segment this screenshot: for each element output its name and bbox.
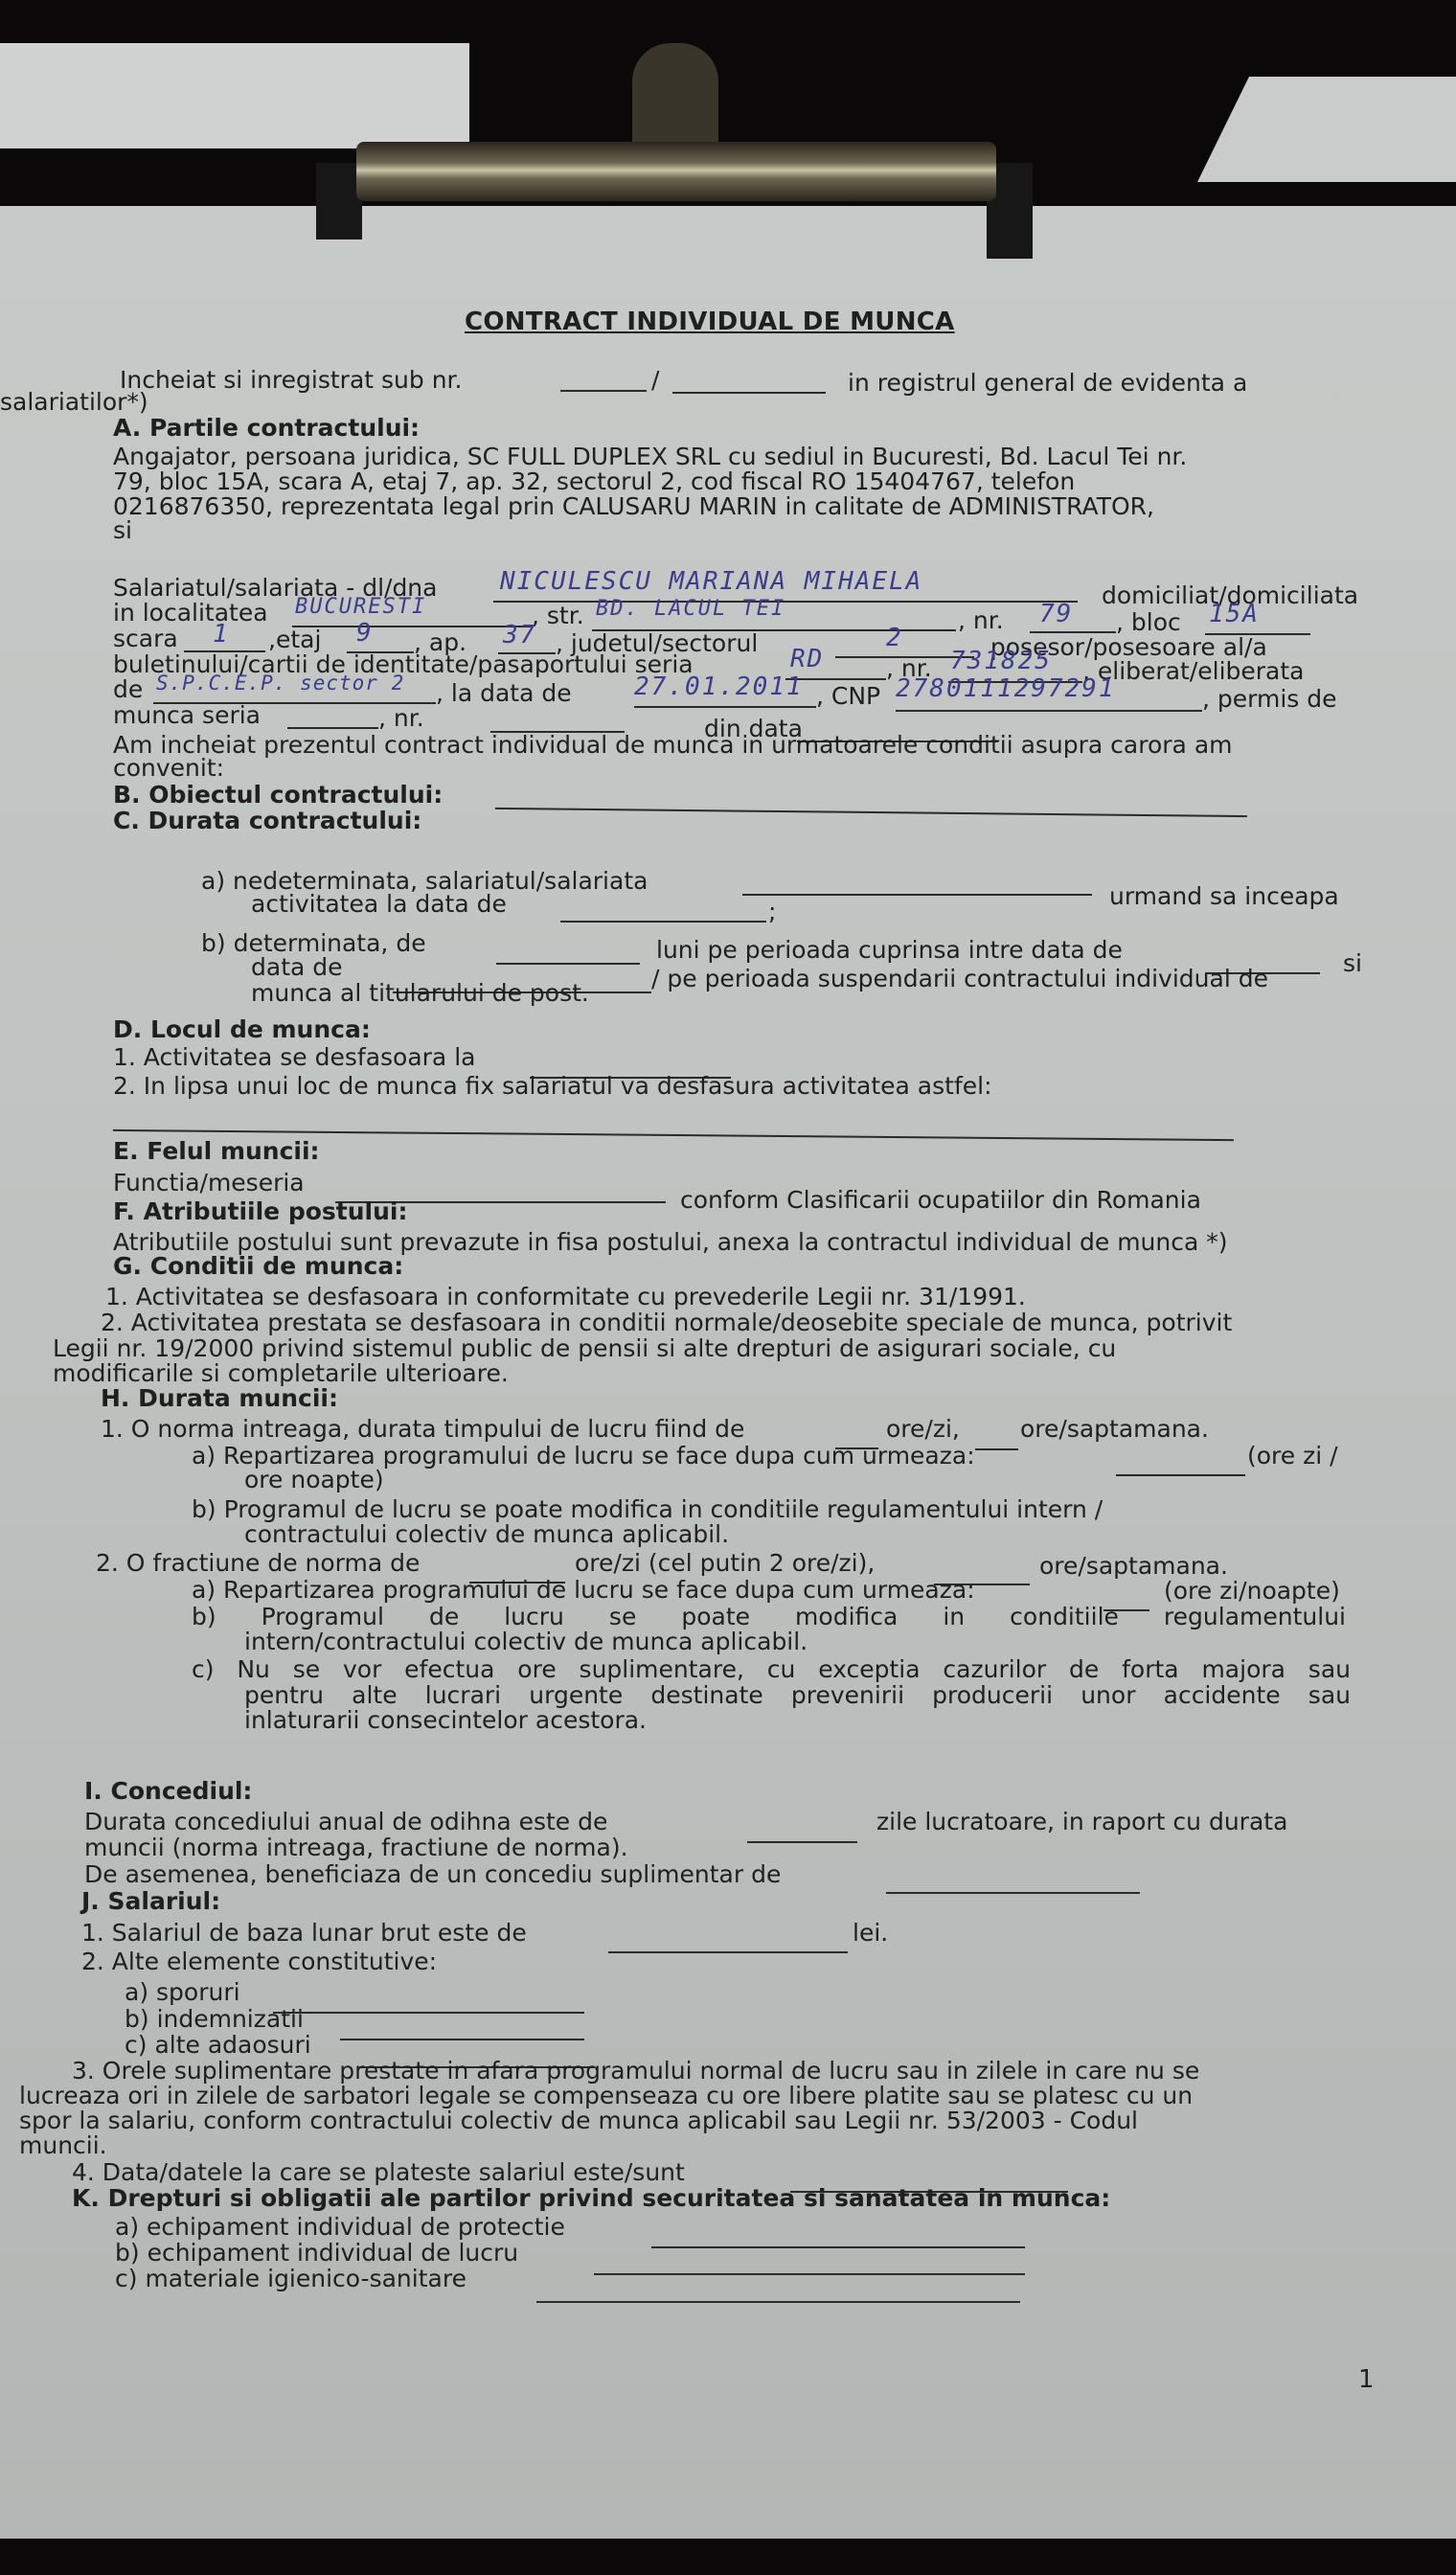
employer-line-4: si (113, 516, 132, 544)
salary-item-3-line-3: spor la salariu, conform contractului co… (19, 2107, 1138, 2134)
contract-object-field[interactable] (495, 786, 1247, 817)
intro-text-b: in registrul general de evidenta a (848, 369, 1247, 397)
employee-sector: 2 (886, 625, 903, 652)
hours-per-week-field[interactable] (975, 1427, 1018, 1450)
leave-days-field[interactable] (747, 1820, 857, 1843)
intro-text-c: salariatilor*) (0, 388, 148, 416)
label-locality: in localitatea (113, 599, 268, 627)
cnp-field-line[interactable] (896, 710, 1202, 712)
hours-item-1-c: ore/saptamana. (1020, 1415, 1209, 1443)
employer-line-2: 79, bloc 15A, scara A, etaj 7, ap. 32, s… (113, 467, 1075, 495)
agreement-line-2: convenit: (113, 754, 224, 782)
section-e-heading: E. Felul muncii: (113, 1137, 320, 1165)
hours-item-2-c-line-2: pentru alte lucrari urgente destinate pr… (244, 1681, 1351, 1709)
page-number: 1 (1358, 2366, 1375, 2394)
label-la-data: , la data de (436, 679, 572, 707)
label-de: de (113, 675, 143, 703)
register-date-field[interactable] (672, 371, 826, 394)
background-sheet-right (1197, 77, 1456, 182)
hours-item-2-b-line-2: intern/contractului colectiv de munca ap… (244, 1628, 808, 1655)
employee-issued-by: S.P.C.E.P. sector 2 (156, 670, 404, 697)
safety-sub-a: a) echipament individual de protectie (115, 2213, 565, 2241)
conditions-item-2-line-2: Legii nr. 19/2000 privind sistemul publi… (53, 1334, 1116, 1362)
employee-ap: 37 (503, 622, 536, 649)
job-label: Functia/meseria (113, 1169, 305, 1196)
label-cnp: , CNP (816, 682, 880, 710)
slash: / (651, 366, 659, 394)
salary-sub-a: a) sporuri (125, 1978, 240, 2006)
leave-line-1-b: zile lucratoare, in raport cu durata (876, 1808, 1287, 1835)
bonuses-field[interactable] (273, 1991, 584, 2014)
conditions-item-2-line-1: 2. Activitatea prestata se desfasoara in… (101, 1309, 1232, 1336)
intro-text-a: Incheiat si inregistrat sub nr. (120, 366, 462, 394)
employer-line-3: 0216876350, reprezentata legal prin CALU… (113, 492, 1154, 520)
section-g-heading: G. Conditii de munca: (113, 1252, 403, 1280)
clipboard-hinge (632, 43, 718, 148)
section-f-heading: F. Atributiile postului: (113, 1197, 407, 1225)
duration-b-line-3: munca al titularului de post. (251, 979, 589, 1007)
workplace-item-1: 1. Activitatea se desfasoara la (113, 1043, 475, 1071)
hours-item-1-b: ore/zi, (886, 1415, 960, 1443)
hours-item-1-a-line-1-end: (ore zi / (1247, 1442, 1338, 1470)
salary-item-1-a: 1. Salariul de baza lunar brut este de (81, 1919, 527, 1947)
hours-item-1-b-line-2: contractului colectiv de munca aplicabil… (244, 1520, 729, 1548)
semicolon: ; (768, 898, 776, 925)
duration-b-line-2: data de (251, 953, 343, 981)
label-permis-nr: , nr. (378, 704, 424, 732)
work-equipment-field[interactable] (594, 2252, 1025, 2275)
agreement-line-1: Am incheiat prezentul contract individua… (113, 731, 1233, 759)
label-nr: , nr. (958, 606, 1004, 634)
label-scara: scara (113, 625, 178, 652)
hours-item-2-b-line-1: b) Programul de lucru se poate modifica … (192, 1603, 1346, 1630)
salary-sub-c: c) alte adaosuri (125, 2031, 311, 2059)
employee-etaj: 9 (356, 620, 374, 648)
label-issued: , eliberat/eliberata (1082, 657, 1304, 685)
hours-item-2-a: 2. O fractiune de norma de (96, 1549, 420, 1577)
issue-date-field-line[interactable] (634, 706, 816, 708)
employee-start-field[interactable] (742, 873, 1092, 896)
work-permit-number-field[interactable] (490, 710, 625, 733)
duration-a-line-1-end: urmand sa inceapa (1109, 882, 1339, 910)
employee-locality: BUCURESTI (295, 593, 426, 621)
leave-line-2: muncii (norma intreaga, fractiune de nor… (84, 1834, 628, 1861)
hours-item-2-a-line: a) Repartizarea programului de lucru se … (192, 1576, 975, 1604)
background-sheet-left (0, 43, 469, 148)
employee-bloc: 15A (1209, 601, 1260, 628)
hours-item-2-b: ore/zi (cel putin 2 ore/zi), (575, 1549, 875, 1577)
extra-leave-field[interactable] (886, 1871, 1140, 1894)
safety-sub-c: c) materiale igienico-sanitare (115, 2265, 466, 2292)
hours-item-1-b-line-1: b) Programul de lucru se poate modifica … (192, 1495, 1103, 1523)
label-munca-seria: munca seria (113, 701, 261, 729)
register-number-field[interactable] (560, 369, 647, 392)
salary-item-3-line-2: lucreaza ori in zilele de sarbatori lega… (19, 2082, 1193, 2109)
section-h-heading: H. Durata muncii: (101, 1384, 338, 1412)
allowances-field[interactable] (340, 2017, 584, 2040)
hours-item-2-a-end: (ore zi/noapte) (1164, 1577, 1340, 1605)
employer-line-1: Angajator, persoana juridica, SC FULL DU… (113, 443, 1187, 470)
workplace-alt-field[interactable] (113, 1108, 1234, 1141)
protective-equipment-field[interactable] (651, 2225, 1025, 2248)
label-bloc: , bloc (1116, 608, 1181, 636)
hours-item-2-c: ore/saptamana. (1039, 1552, 1228, 1580)
duration-a-line-2: activitatea la data de (251, 890, 507, 918)
leave-line-3: De asemenea, beneficiaza de un concediu … (84, 1860, 781, 1888)
clipboard-clip-bar (356, 142, 996, 201)
label-street: , str. (532, 602, 584, 629)
start-date-field[interactable] (560, 900, 766, 923)
hours-item-1-a: 1. O norma intreaga, durata timpului de … (101, 1415, 744, 1443)
conditions-item-2-line-3: modificarile si completarile ulterioare. (53, 1359, 509, 1387)
locality-field-line[interactable] (292, 626, 532, 627)
duration-b-line-2-end: / pe perioada suspendarii contractului i… (651, 965, 1268, 992)
salary-item-1-b: lei. (853, 1919, 888, 1947)
duration-b-line-1-mid: luni pe perioada cuprinsa intre data de (656, 936, 1123, 964)
hours-item-2-c-line-3: inlaturarii consecintelor acestora. (244, 1706, 647, 1734)
employee-street: BD. LACUL TEI (596, 595, 785, 623)
conditions-item-1: 1. Activitatea se desfasoara in conformi… (105, 1283, 1026, 1310)
job-suffix: conform Clasificarii ocupatiilor din Rom… (680, 1186, 1201, 1214)
base-salary-field[interactable] (608, 1930, 848, 1953)
salary-item-2: 2. Alte elemente constitutive: (81, 1948, 437, 1975)
section-b-heading: B. Obiectul contractului: (113, 781, 443, 809)
workplace-item-2: 2. In lipsa unui loc de munca fix salari… (113, 1072, 992, 1100)
section-a-heading: A. Partile contractului: (113, 414, 420, 442)
salary-item-3-line-1: 3. Orele suplimentare prestate in afara … (72, 2057, 1199, 2085)
section-j-heading: J. Salariul: (81, 1887, 220, 1915)
section-i-heading: I. Concediul: (84, 1777, 252, 1805)
salary-item-4: 4. Data/datele la care se plateste salar… (72, 2158, 685, 2186)
employee-id-series: RD (790, 646, 824, 673)
duration-b-line-1-end: si (1343, 949, 1362, 977)
work-permit-series-field[interactable] (287, 706, 378, 729)
section-c-heading: C. Durata contractului: (113, 807, 421, 834)
label-etaj: ,etaj (268, 626, 321, 653)
employee-scara: 1 (213, 621, 230, 649)
employee-name: NICULESCU MARIANA MIHAELA (500, 568, 922, 596)
safety-sub-b: b) echipament individual de lucru (115, 2239, 518, 2267)
hours-item-2-c-line-1: c) Nu se vor efectua ore suplimentare, c… (192, 1655, 1351, 1683)
salary-sub-b: b) indemnizatii (125, 2005, 304, 2033)
clipboard-post-left (316, 163, 362, 239)
section-d-heading: D. Locul de munca: (113, 1015, 371, 1043)
months-field[interactable] (496, 942, 640, 965)
document-title: CONTRACT INDIVIDUAL DE MUNCA (465, 308, 955, 336)
employee-cnp: 2780111297291 (896, 675, 1116, 703)
salary-item-3-line-4: muncii. (19, 2131, 107, 2159)
hours-item-1-a-line-2: ore noapte) (244, 1466, 384, 1493)
schedule-field[interactable] (1116, 1453, 1245, 1476)
label-permis: , permis de (1202, 685, 1337, 713)
employee-issue-date: 27.01.2011 (634, 673, 804, 701)
contract-page: CONTRACT INDIVIDUAL DE MUNCA Incheiat si… (0, 206, 1456, 2539)
employee-id-number: 731825 (950, 648, 1052, 675)
leave-line-1-a: Durata concediului anual de odihna este … (84, 1808, 607, 1835)
employee-nr: 79 (1039, 601, 1073, 628)
hygiene-materials-field[interactable] (536, 2280, 1020, 2303)
section-k-heading: K. Drepturi si obligatii ale partilor pr… (72, 2184, 1110, 2212)
